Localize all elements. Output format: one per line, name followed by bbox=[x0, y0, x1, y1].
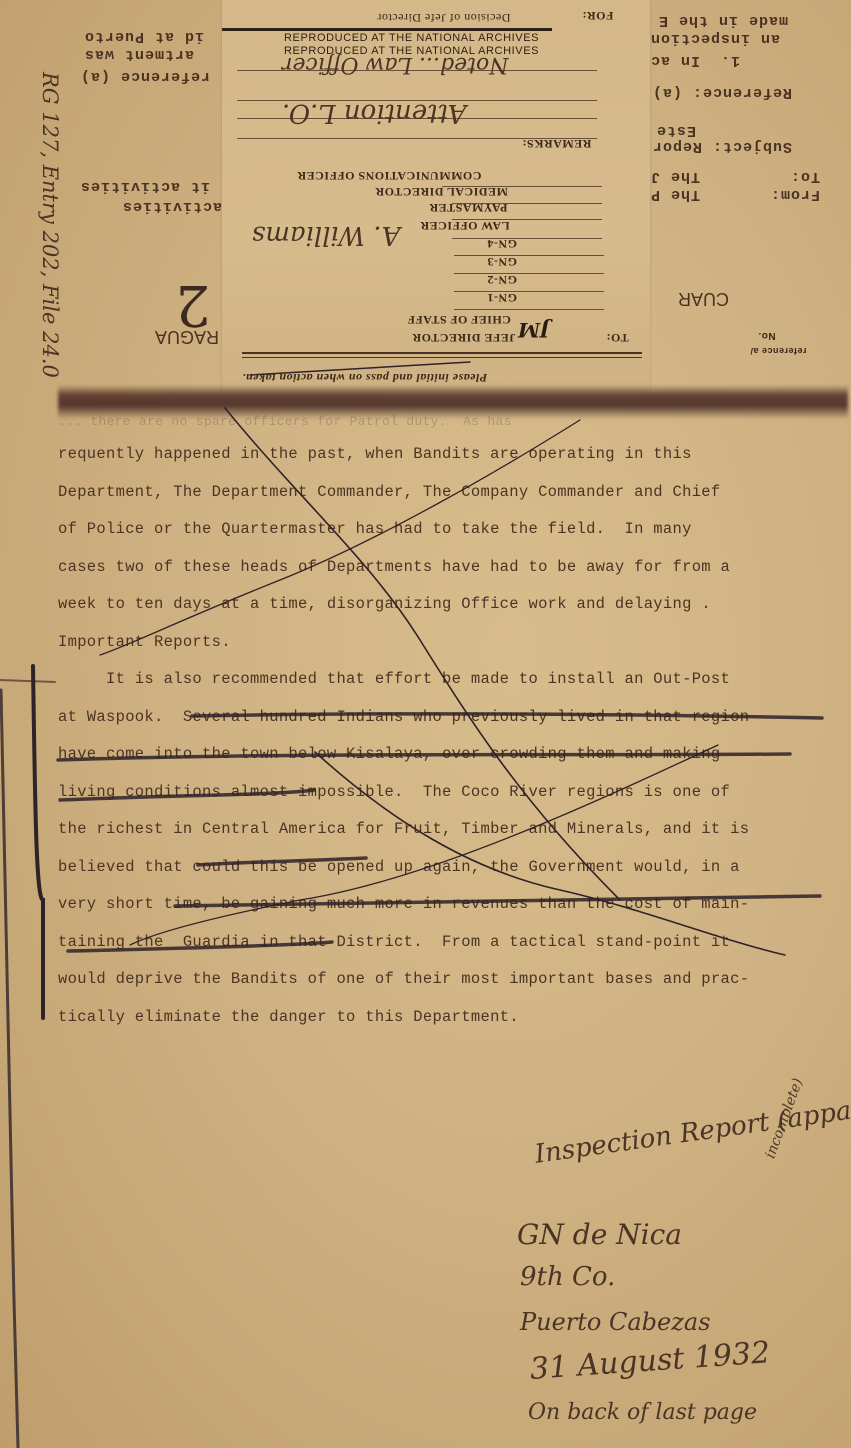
underline bbox=[60, 790, 314, 800]
margin-line bbox=[33, 666, 43, 1018]
underline bbox=[58, 754, 790, 760]
underline bbox=[198, 858, 366, 865]
underline bbox=[68, 942, 332, 951]
underline bbox=[192, 714, 822, 718]
note-line-3: 9th Co. bbox=[520, 1262, 615, 1292]
note-line-4: Puerto Cabezas bbox=[520, 1308, 711, 1336]
margin-line bbox=[0, 680, 55, 682]
cross-out-line bbox=[315, 752, 785, 955]
slip-stroke bbox=[250, 362, 470, 375]
margin-line bbox=[1, 690, 18, 1448]
note-line-2: GN de Nica bbox=[517, 1218, 682, 1251]
underline bbox=[175, 896, 820, 906]
cross-out-line bbox=[225, 408, 620, 900]
pencil-markings bbox=[0, 0, 851, 1448]
cross-out-line bbox=[130, 745, 718, 945]
note-line-6: On back of last page bbox=[528, 1400, 757, 1425]
